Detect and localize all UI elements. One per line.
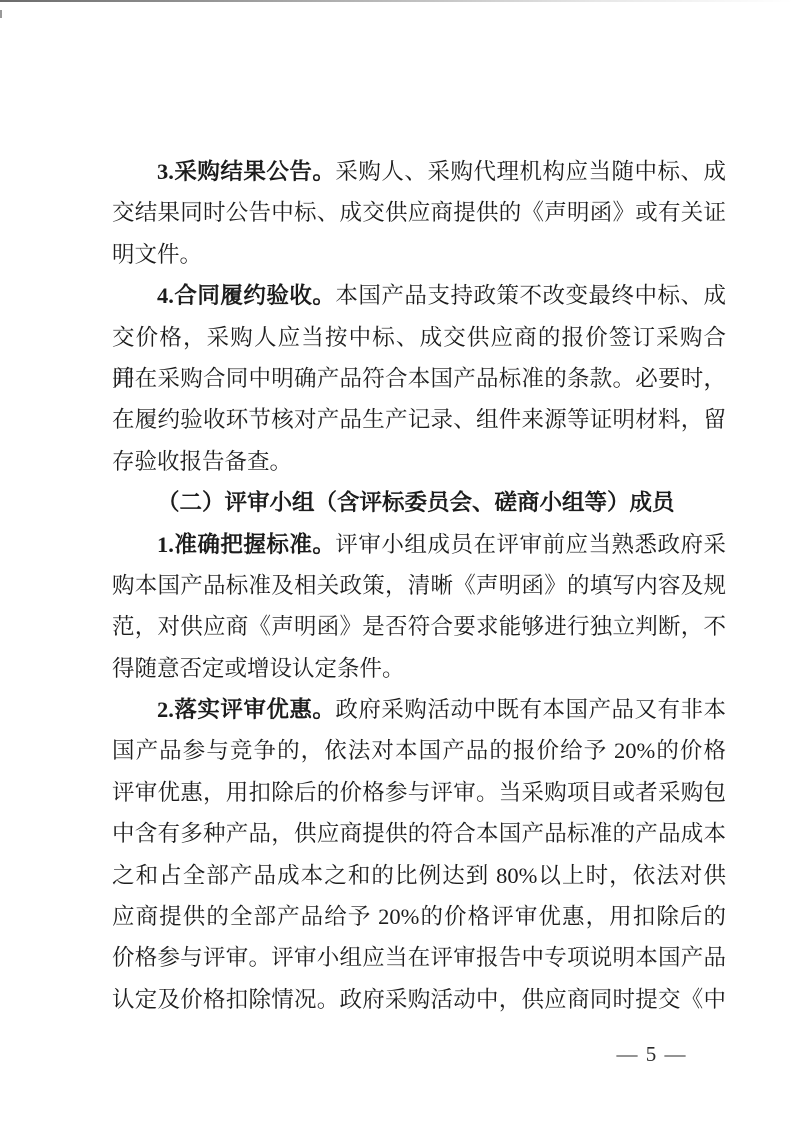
- body-text: 并在采购合同中明确产品符合本国产品标准的条款。必要时，: [112, 366, 726, 391]
- text-line: 交价格，采购人应当按中标、成交供应商的报价签订采购合同，: [112, 317, 726, 358]
- body-text: 得随意否定或增设认定条件。: [112, 656, 405, 681]
- body-text: 本国产品支持政策不改变最终中标、成: [335, 283, 726, 308]
- text-line: 评审优惠，用扣除后的价格参与评审。当采购项目或者采购包: [112, 772, 726, 813]
- body-text: 认定及价格扣除情况。政府采购活动中，供应商同时提交《中: [112, 987, 726, 1012]
- text-line: 明文件。: [112, 234, 726, 275]
- body-text: 评审优惠，用扣除后的价格参与评审。当采购项目或者采购包: [112, 780, 726, 805]
- text-line: 2.落实评审优惠。政府采购活动中既有本国产品又有非本: [112, 689, 726, 730]
- body-text: 之和占全部产品成本之和的比例达到 80%以上时，依法对供: [112, 863, 726, 888]
- body-text: 中含有多种产品，供应商提供的符合本国产品标准的产品成本: [112, 821, 726, 846]
- body-text: 国产品参与竞争的，依法对本国产品的报价给予 20%的价格: [112, 738, 726, 763]
- text-line: 国产品参与竞争的，依法对本国产品的报价给予 20%的价格: [112, 730, 726, 771]
- text-line: 中含有多种产品，供应商提供的符合本国产品标准的产品成本: [112, 813, 726, 854]
- body-text: 价格参与评审。评审小组应当在评审报告中专项说明本国产品: [112, 945, 726, 970]
- body-text: 范，对供应商《声明函》是否符合要求能够进行独立判断，不: [112, 614, 726, 639]
- text-line: 在履约验收环节核对产品生产记录、组件来源等证明材料，留: [112, 399, 726, 440]
- scan-artifact-left-tick: [0, 10, 2, 18]
- lead-bold-text: 1.准确把握标准。: [157, 532, 335, 557]
- text-line: 购本国产品标准及相关政策，清晰《声明函》的填写内容及规: [112, 565, 726, 606]
- text-line: 范，对供应商《声明函》是否符合要求能够进行独立判断，不: [112, 606, 726, 647]
- text-line: 价格参与评审。评审小组应当在评审报告中专项说明本国产品: [112, 937, 726, 978]
- text-line: 认定及价格扣除情况。政府采购活动中，供应商同时提交《中: [112, 979, 726, 1020]
- text-line: 之和占全部产品成本之和的比例达到 80%以上时，依法对供: [112, 855, 726, 896]
- text-line: 交结果同时公告中标、成交供应商提供的《声明函》或有关证: [112, 192, 726, 233]
- body-text: 应商提供的全部产品给予 20%的价格评审优惠，用扣除后的: [112, 904, 726, 929]
- text-line: 4.合同履约验收。本国产品支持政策不改变最终中标、成: [112, 275, 726, 316]
- body-text: 评审小组成员在评审前应当熟悉政府采: [335, 532, 726, 557]
- body-text: 交结果同时公告中标、成交供应商提供的《声明函》或有关证: [112, 200, 726, 225]
- body-text: 政府采购活动中既有本国产品又有非本: [335, 697, 726, 722]
- text-line: 得随意否定或增设认定条件。: [112, 648, 726, 689]
- text-line: （二）评审小组（含评标委员会、磋商小组等）成员: [112, 482, 726, 523]
- text-line: 存验收报告备查。: [112, 441, 726, 482]
- lead-bold-text: 3.采购结果公告。: [157, 159, 335, 184]
- body-text: 明文件。: [112, 242, 202, 267]
- lead-bold-text: 2.落实评审优惠。: [157, 697, 335, 722]
- body-text: 购本国产品标准及相关政策，清晰《声明函》的填写内容及规: [112, 573, 726, 598]
- lead-bold-text: （二）评审小组（含评标委员会、磋商小组等）成员: [157, 490, 675, 515]
- document-lines: 3.采购结果公告。采购人、采购代理机构应当随中标、成交结果同时公告中标、成交供应…: [112, 151, 726, 1020]
- body-text: 在履约验收环节核对产品生产记录、组件来源等证明材料，留: [112, 407, 726, 432]
- text-line: 应商提供的全部产品给予 20%的价格评审优惠，用扣除后的: [112, 896, 726, 937]
- text-line: 1.准确把握标准。评审小组成员在评审前应当熟悉政府采: [112, 524, 726, 565]
- body-text: 采购人、采购代理机构应当随中标、成: [335, 159, 726, 184]
- scanned-document-page: 3.采购结果公告。采购人、采购代理机构应当随中标、成交结果同时公告中标、成交供应…: [0, 0, 793, 1122]
- text-line: 并在采购合同中明确产品符合本国产品标准的条款。必要时，: [112, 358, 726, 399]
- page-number: — 5 —: [0, 1042, 687, 1067]
- scan-artifact-top-line: [0, 0, 793, 2]
- body-text: 存验收报告备查。: [112, 449, 292, 474]
- text-line: 3.采购结果公告。采购人、采购代理机构应当随中标、成: [112, 151, 726, 192]
- lead-bold-text: 4.合同履约验收。: [157, 283, 335, 308]
